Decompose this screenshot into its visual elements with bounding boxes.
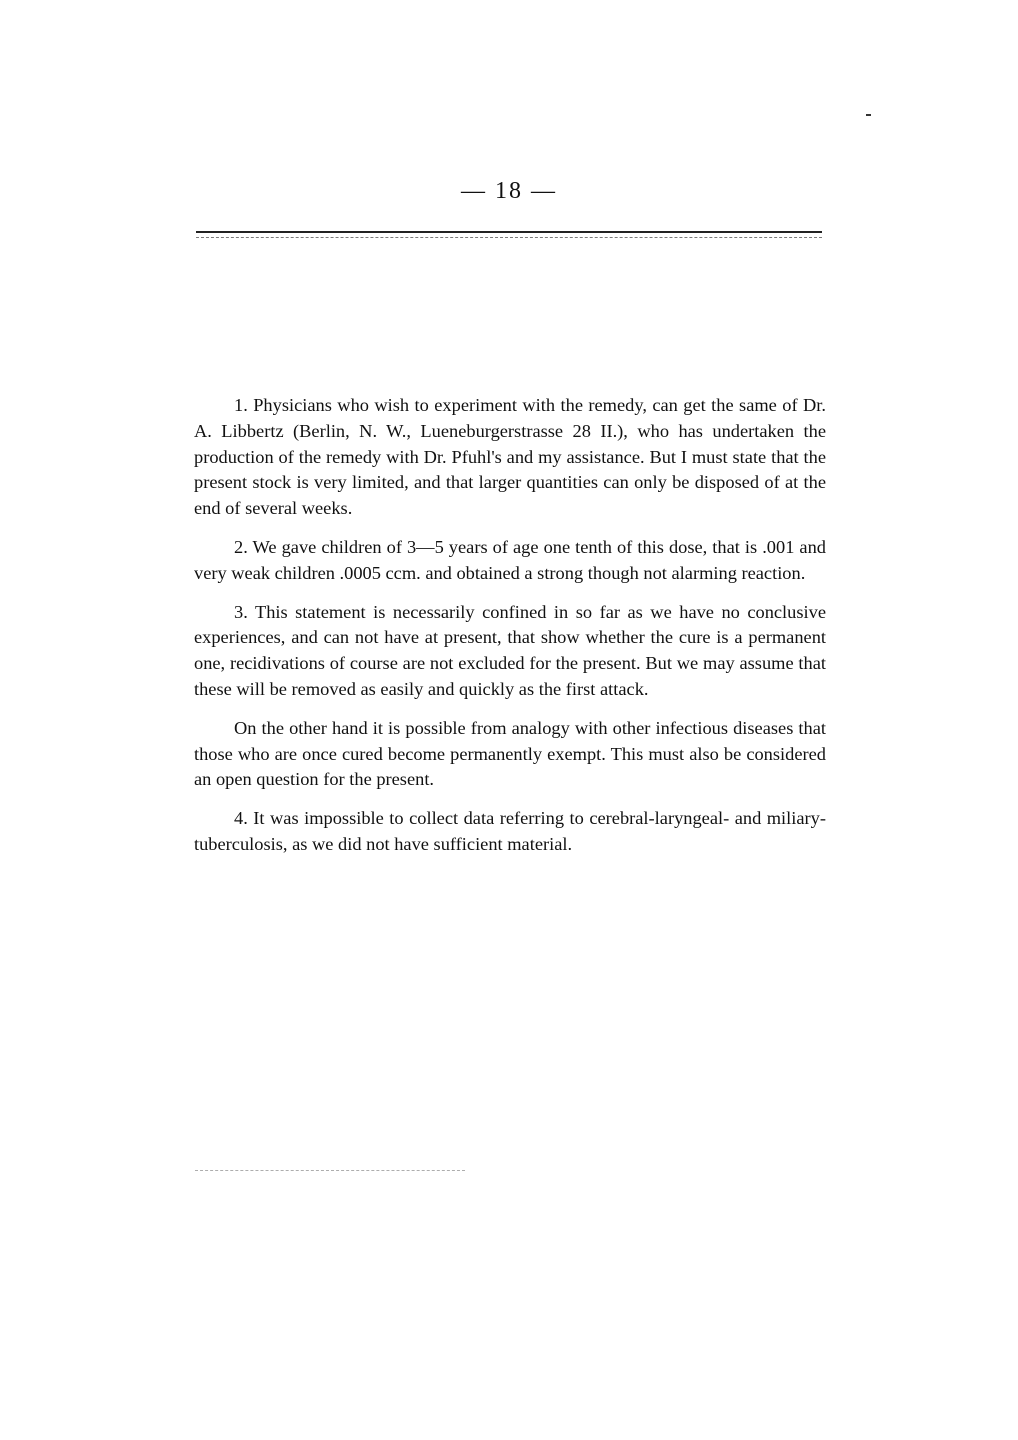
- footer-rule: [195, 1170, 465, 1171]
- footnote-3-continuation: On the other hand it is possible from an…: [194, 716, 826, 793]
- footnote-1: 1. Physicians who wish to experiment wit…: [194, 393, 826, 522]
- header-rule: [196, 231, 822, 233]
- header-rule-secondary: [196, 237, 822, 238]
- footnote-3: 3. This statement is necessarily confine…: [194, 600, 826, 703]
- scan-artifact: [866, 114, 871, 116]
- page-body: 1. Physicians who wish to experiment wit…: [194, 393, 826, 871]
- footnote-4: 4. It was impossible to collect data ref…: [194, 806, 826, 858]
- footnote-2: 2. We gave children of 3—5 years of age …: [194, 535, 826, 587]
- page-number-header: — 18 —: [0, 178, 1018, 205]
